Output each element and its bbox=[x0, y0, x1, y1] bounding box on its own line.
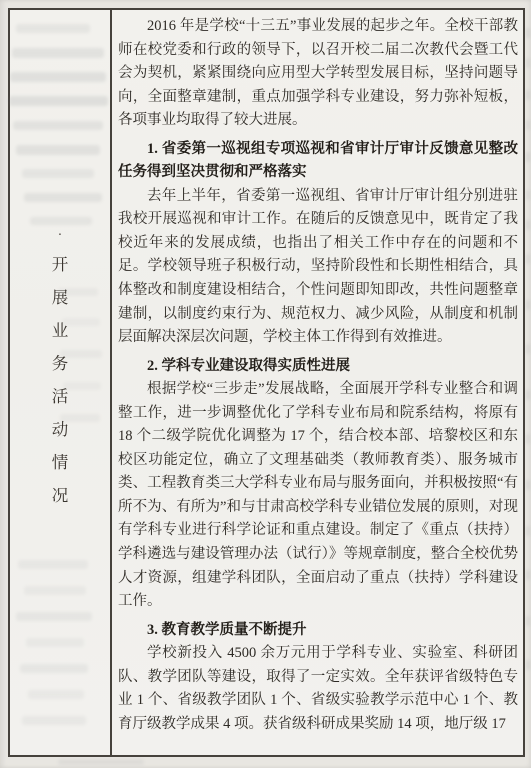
section-heading-1: 1. 省委第一巡视组专项巡视和省审计厅审计反馈意见整改任务得到坚决贯彻和严格落实 bbox=[118, 138, 518, 185]
sidebar-label-char: 活 bbox=[52, 389, 69, 405]
bleedthrough-mark bbox=[58, 759, 144, 765]
sidebar-label-char: 展 bbox=[52, 290, 69, 306]
bleedthrough-mark bbox=[526, 300, 530, 310]
bleedthrough-mark bbox=[526, 570, 530, 580]
bleedthrough-mark bbox=[526, 480, 530, 490]
bleedthrough-mark bbox=[526, 90, 530, 100]
bleedthrough-mark bbox=[526, 190, 530, 200]
content-cell: 2016 年是学校“十三五”事业发展的起步之年。全校干部教师在校党委和行政的领导… bbox=[112, 10, 523, 755]
bleedthrough-mark bbox=[526, 28, 530, 38]
bleedthrough-mark bbox=[526, 120, 530, 130]
section-heading-3: 3. 教育教学质量不断提升 bbox=[118, 619, 518, 643]
bleedthrough-mark bbox=[526, 220, 530, 230]
paragraph-audit-rectification: 去年上半年，省委第一巡视组、省审计厅审计组分别进驻我校开展巡视和审计工作。在随后… bbox=[118, 185, 518, 350]
bleedthrough-mark bbox=[526, 344, 530, 354]
sidebar-label-char: 况 bbox=[52, 488, 69, 504]
report-table: · 开展业务活动情况 2016 年是学校“十三五”事业发展的起步之年。全校干部教… bbox=[8, 8, 525, 757]
intro-paragraph: 2016 年是学校“十三五”事业发展的起步之年。全校干部教师在校党委和行政的领导… bbox=[118, 15, 518, 133]
bleedthrough-mark bbox=[526, 152, 530, 162]
paragraph-teaching-quality: 学校新投入 4500 余万元用于学科专业、实验室、科研团队、教学团队等建设，取得… bbox=[118, 642, 518, 736]
bleedthrough-mark bbox=[526, 254, 530, 264]
row-header-cell: · 开展业务活动情况 bbox=[10, 10, 112, 755]
section-heading-2: 2. 学科专业建设取得实质性进展 bbox=[118, 355, 518, 379]
sidebar-label-char: 务 bbox=[52, 356, 69, 372]
paragraph-discipline-construction: 根据学校“三步走”发展战略，全面展开学科专业整合和调整工作，进一步调整优化了学科… bbox=[118, 378, 518, 613]
bullet-dot: · bbox=[58, 232, 63, 240]
bleedthrough-mark bbox=[526, 526, 530, 536]
sidebar-label-char: 业 bbox=[52, 323, 69, 339]
section-vertical-label: · 开展业务活动情况 bbox=[10, 232, 110, 504]
bleedthrough-mark bbox=[526, 660, 530, 670]
bleedthrough-mark bbox=[526, 434, 530, 444]
sidebar-label-char: 动 bbox=[52, 422, 69, 438]
scanned-document-page: · 开展业务活动情况 2016 年是学校“十三五”事业发展的起步之年。全校干部教… bbox=[0, 0, 531, 768]
bleedthrough-mark bbox=[526, 616, 530, 626]
sidebar-label-char: 情 bbox=[52, 455, 69, 471]
bleedthrough-mark bbox=[526, 58, 530, 68]
sidebar-label-char: 开 bbox=[52, 257, 69, 273]
bleedthrough-mark bbox=[526, 390, 530, 400]
